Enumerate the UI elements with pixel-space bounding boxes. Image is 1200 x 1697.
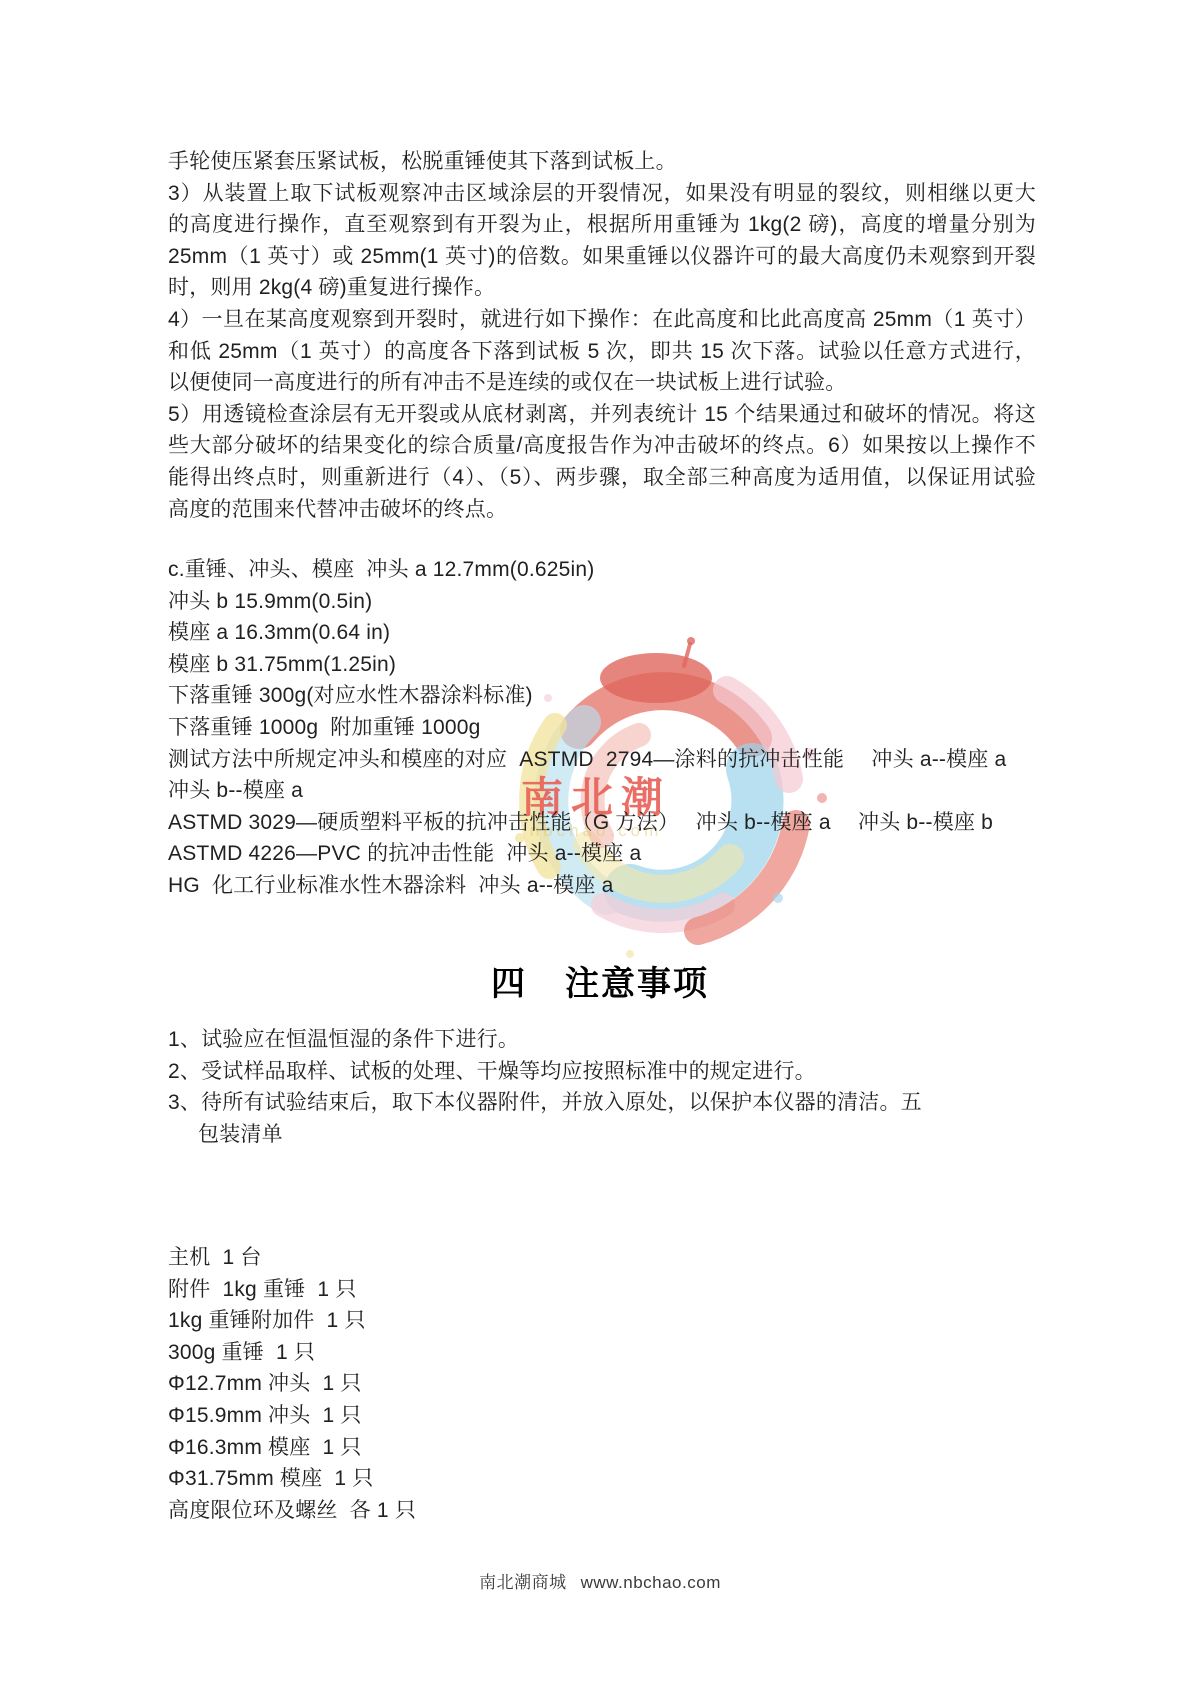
note-line: 1、试验应在恒温恒湿的条件下进行。: [168, 1024, 1036, 1056]
packing-line: Φ16.3mm 模座 1 只: [168, 1432, 1036, 1464]
spec-line: ASTMD 3029—硬质塑料平板的抗冲击性能（G 方法） 冲头 b--模座 a…: [168, 807, 1036, 839]
spec-line: 下落重锤 300g(对应水性木器涂料标准): [168, 680, 1036, 712]
paragraph-line: 和低 25mm（1 英寸）的高度各下落到试板 5 次，即共 15 次下落。试验以…: [168, 336, 1036, 368]
paragraph-line: 3）从装置上取下试板观察冲击区域涂层的开裂情况，如果没有明显的裂纹，则相继以更大: [168, 178, 1036, 210]
paragraph-line: 高度的范围来代替冲击破坏的终点。: [168, 494, 1036, 526]
packing-list: 主机 1 台 附件 1kg 重锤 1 只 1kg 重锤附加件 1 只 300g …: [168, 1242, 1036, 1526]
page-footer: 南北潮商城www.nbchao.com: [0, 1568, 1200, 1593]
note-line: 3、待所有试验结束后，取下本仪器附件，并放入原处，以保护本仪器的清洁。五: [168, 1087, 1036, 1119]
paragraph-line: 时，则用 2kg(4 磅)重复进行操作。: [168, 272, 1036, 304]
spec-line: HG 化工行业标准水性木器涂料 冲头 a--模座 a: [168, 870, 1036, 902]
notes-list: 1、试验应在恒温恒湿的条件下进行。 2、受试样品取样、试板的处理、干燥等均应按照…: [168, 1024, 1036, 1150]
section-number: 四: [491, 966, 527, 1003]
spec-line: ASTMD 4226—PVC 的抗冲击性能 冲头 a--模座 a: [168, 838, 1036, 870]
note-line-packing-list-title: 包装清单: [168, 1119, 1036, 1151]
paragraph-line: 能得出终点时，则重新进行（4）、（5）、两步骤，取全部三种高度为适用值，以保证用…: [168, 462, 1036, 494]
document-page: 南北潮 nbchao.com 手轮使压紧套压紧试板，松脱重锤使其下落到试板上。 …: [0, 0, 1200, 1697]
section-title: 注意事项: [565, 966, 709, 1003]
footer-url: www.nbchao.com: [581, 1573, 721, 1592]
spec-line: c.重锤、冲头、模座 冲头 a 12.7mm(0.625in): [168, 554, 1036, 586]
section-heading: 四注意事项: [0, 956, 1200, 1005]
packing-line: 附件 1kg 重锤 1 只: [168, 1274, 1036, 1306]
packing-line: 高度限位环及螺丝 各 1 只: [168, 1495, 1036, 1527]
paragraph-line: 4）一旦在某高度观察到开裂时，就进行如下操作：在此高度和比此高度高 25mm（1…: [168, 304, 1036, 336]
paragraph-line: 些大部分破坏的结果变化的综合质量/高度报告作为冲击破坏的终点。6）如果按以上操作…: [168, 430, 1036, 462]
footer-site-name: 南北潮商城: [479, 1573, 567, 1592]
procedure-paragraph: 手轮使压紧套压紧试板，松脱重锤使其下落到试板上。 3）从装置上取下试板观察冲击区…: [168, 146, 1036, 525]
spec-line: 模座 a 16.3mm(0.64 in): [168, 617, 1036, 649]
spec-line: 冲头 b 15.9mm(0.5in): [168, 586, 1036, 618]
packing-line: Φ31.75mm 模座 1 只: [168, 1463, 1036, 1495]
paragraph-line: 的高度进行操作，直至观察到有开裂为止，根据所用重锤为 1kg(2 磅)，高度的增…: [168, 209, 1036, 241]
packing-line: 主机 1 台: [168, 1242, 1036, 1274]
packing-line: 300g 重锤 1 只: [168, 1337, 1036, 1369]
paragraph-line: 25mm（1 英寸）或 25mm(1 英寸)的倍数。如果重锤以仪器许可的最大高度…: [168, 241, 1036, 273]
packing-line: Φ15.9mm 冲头 1 只: [168, 1400, 1036, 1432]
paragraph-line: 手轮使压紧套压紧试板，松脱重锤使其下落到试板上。: [168, 146, 1036, 178]
paragraph-line: 以便使同一高度进行的所有冲击不是连续的或仅在一块试板上进行试验。: [168, 367, 1036, 399]
spec-list: c.重锤、冲头、模座 冲头 a 12.7mm(0.625in) 冲头 b 15.…: [168, 554, 1036, 902]
spec-line: 下落重锤 1000g 附加重锤 1000g: [168, 712, 1036, 744]
packing-line: Φ12.7mm 冲头 1 只: [168, 1368, 1036, 1400]
paragraph-line: 5）用透镜检查涂层有无开裂或从底材剥离，并列表统计 15 个结果通过和破坏的情况…: [168, 399, 1036, 431]
spec-line: 冲头 b--模座 a: [168, 775, 1036, 807]
spec-line: 模座 b 31.75mm(1.25in): [168, 649, 1036, 681]
spec-line: 测试方法中所规定冲头和模座的对应 ASTMD 2794—涂料的抗冲击性能 冲头 …: [168, 744, 1036, 776]
note-line: 2、受试样品取样、试板的处理、干燥等均应按照标准中的规定进行。: [168, 1056, 1036, 1088]
packing-line: 1kg 重锤附加件 1 只: [168, 1305, 1036, 1337]
